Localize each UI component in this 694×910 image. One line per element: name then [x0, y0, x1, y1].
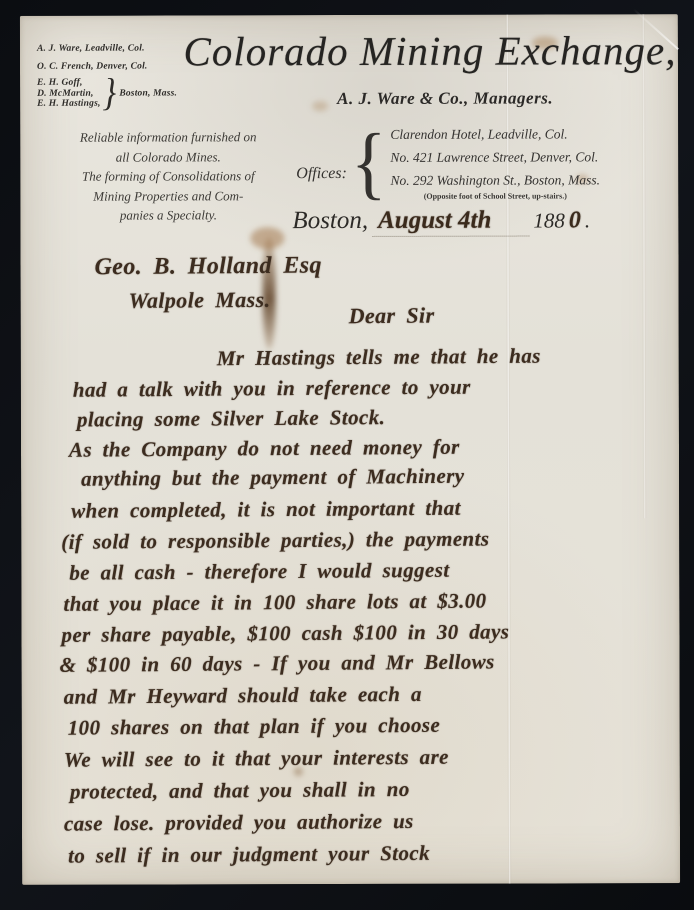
fold-crease-right: [642, 14, 646, 518]
motto-block: Reliable information furnished on all Co…: [32, 127, 304, 225]
office-note: (Opposite foot of School Street, up-stai…: [391, 191, 601, 202]
recipient-name: Geo. B. Holland Esq: [94, 252, 322, 281]
dateline-period: .: [585, 208, 590, 232]
motto-line: Mining Properties and Com-: [32, 186, 304, 206]
body-line: We will see to it that your interests ar…: [64, 745, 449, 773]
partner-entry: A. J. Ware, Leadville, Col.: [37, 41, 177, 55]
company-title: Colorado Mining Exchange,: [170, 26, 690, 75]
body-line: anything but the payment of Machinery: [81, 464, 465, 492]
body-line: (if sold to responsible parties,) the pa…: [61, 527, 489, 555]
office-address: No. 292 Washington St., Boston, Mass.: [390, 168, 600, 192]
stain-blob: [250, 227, 284, 249]
body-line: had a talk with you in reference to your: [73, 375, 471, 403]
recipient-city: Walpole Mass.: [129, 287, 271, 314]
partner-list: A. J. Ware, Leadville, Col. O. C. French…: [37, 41, 177, 109]
offices-block: Offices: { Clarendon Hotel, Leadville, C…: [296, 122, 600, 202]
body-line: protected, and that you shall in no: [70, 777, 410, 805]
body-line: per share payable, $100 cash $100 in 30 …: [61, 619, 509, 648]
motto-line: all Colorado Mines.: [32, 147, 304, 167]
photo-background: A. J. Ware, Leadville, Col. O. C. French…: [0, 0, 694, 910]
dateline-city: Boston,: [292, 207, 368, 234]
body-line: and Mr Heyward should take each a: [64, 682, 422, 710]
partner-entry: E. H. Goff,: [37, 78, 100, 89]
salutation: Dear Sir: [349, 303, 435, 330]
body-line: 100 shares on that plan if you choose: [68, 713, 441, 741]
offices-label: Offices:: [296, 165, 347, 183]
managers-line: A. J. Ware & Co., Managers.: [290, 88, 600, 109]
partner-group-location: Boston, Mass.: [119, 86, 177, 100]
office-address: No. 421 Lawrence Street, Denver, Col.: [390, 145, 600, 169]
body-line: case lose. provided you authorize us: [64, 809, 414, 837]
partner-group-boston: E. H. Goff, D. McMartin, E. H. Hastings,…: [37, 77, 177, 109]
letter-paper: A. J. Ware, Leadville, Col. O. C. French…: [20, 14, 680, 885]
motto-line: Reliable information furnished on: [32, 127, 304, 147]
body-line: when completed, it is not important that: [71, 496, 461, 524]
body-line: be all cash - therefore I would suggest: [69, 558, 449, 586]
body-line: to sell if in our judgment your Stock: [68, 841, 430, 869]
body-line: Mr Hastings tells me that he has: [217, 344, 541, 372]
dateline-handwritten-date: August 4th: [372, 207, 529, 237]
office-address: Clarendon Hotel, Leadville, Col.: [390, 122, 600, 146]
body-line: & $100 in 60 days - If you and Mr Bellow…: [59, 649, 494, 677]
partner-entry: E. H. Hastings,: [37, 99, 100, 110]
body-line: As the Company do not need money for: [69, 435, 460, 463]
motto-line: The forming of Consolidations of: [32, 166, 304, 186]
body-line: that you place it in 100 share lots at $…: [63, 589, 486, 617]
dateline-year-digit: 0: [569, 207, 581, 233]
dateline: Boston, August 4th 188 0 .: [292, 206, 590, 235]
motto-line: panies a Specialty.: [32, 205, 304, 225]
body-line: placing some Silver Lake Stock.: [77, 405, 385, 432]
partner-entry: D. McMartin,: [37, 88, 100, 99]
brace-glyph: }: [102, 85, 116, 101]
brace-glyph: {: [351, 122, 387, 203]
dateline-year-printed: 188: [533, 208, 565, 232]
